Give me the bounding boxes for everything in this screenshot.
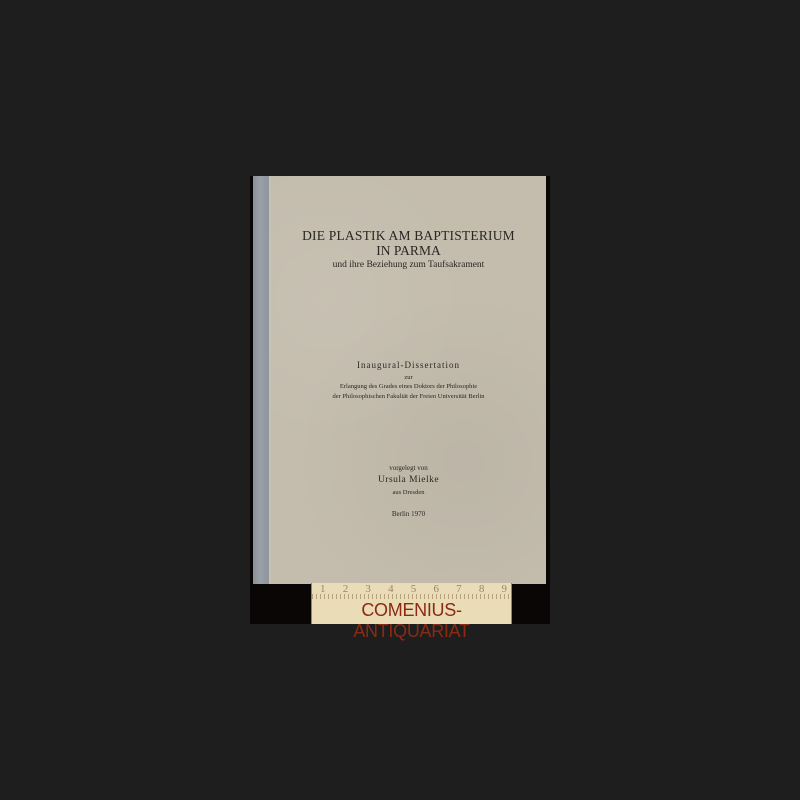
purpose-line-2: der Philosophischen Fakultät der Freien … xyxy=(271,393,546,400)
measuring-ruler: 1 2 3 4 5 6 7 8 9 COMENIUS-ANTIQUARIAT xyxy=(311,583,512,624)
ruler-number: 2 xyxy=(343,583,349,595)
ruler-number: 3 xyxy=(365,583,371,595)
subtitle: und ihre Beziehung zum Taufsakrament xyxy=(271,260,546,270)
ruler-number: 7 xyxy=(456,583,462,595)
ruler-number: 1 xyxy=(320,583,326,595)
title-line-2: IN PARMA xyxy=(271,243,546,259)
submitted-by: vorgelegt von xyxy=(271,464,546,472)
brand-logo-text: COMENIUS-ANTIQUARIAT xyxy=(312,600,511,642)
author-name: Ursula Mielke xyxy=(271,475,546,485)
author-origin: aus Dresden xyxy=(271,489,546,496)
book-spine xyxy=(253,176,270,584)
ruler-number: 8 xyxy=(479,583,485,595)
zur-label: zur xyxy=(271,374,546,381)
purpose-line-1: Erlangung des Grades eines Doktors der P… xyxy=(271,383,546,390)
ruler-number: 9 xyxy=(502,583,508,595)
place-year: Berlin 1970 xyxy=(271,510,546,518)
ruler-numbers: 1 2 3 4 5 6 7 8 9 xyxy=(320,583,507,595)
ruler-number: 5 xyxy=(411,583,417,595)
book-cover: DIE PLASTIK AM BAPTISTERIUM IN PARMA und… xyxy=(271,176,546,584)
title-line-1: DIE PLASTIK AM BAPTISTERIUM xyxy=(271,228,546,244)
ruler-number: 4 xyxy=(388,583,394,595)
ruler-number: 6 xyxy=(433,583,439,595)
dissertation-label: Inaugural-Dissertation xyxy=(271,360,546,370)
product-photo: DIE PLASTIK AM BAPTISTERIUM IN PARMA und… xyxy=(250,176,550,624)
